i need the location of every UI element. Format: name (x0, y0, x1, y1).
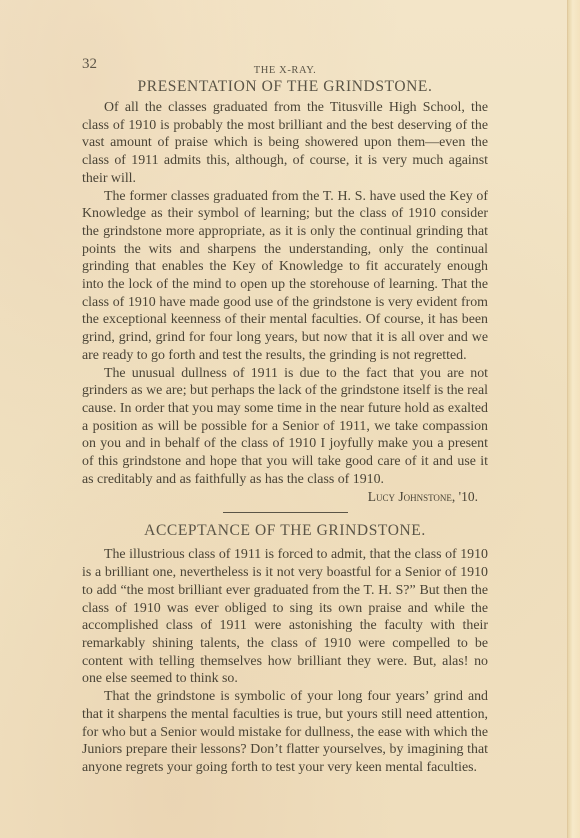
paragraph: The illustrious class of 1911 is forced … (82, 546, 488, 688)
text-column: 32 THE X-RAY. PRESENTATION OF THE GRINDS… (82, 56, 488, 777)
paragraph: The former classes graduated from the T.… (82, 188, 488, 365)
article-presentation: PRESENTATION OF THE GRINDSTONE. Of all t… (82, 78, 488, 506)
page-number: 32 (82, 56, 97, 73)
paragraph: Of all the classes graduated from the Ti… (82, 99, 488, 188)
paragraph: That the grindstone is symbolic of your … (82, 688, 488, 777)
article-acceptance: ACCEPTANCE OF THE GRINDSTONE. The illust… (82, 522, 488, 776)
article-title: PRESENTATION OF THE GRINDSTONE. (82, 78, 488, 96)
paragraph: The unusual dullness of 1911 is due to t… (82, 365, 488, 489)
running-head: THE X-RAY. (82, 65, 488, 76)
article-title: ACCEPTANCE OF THE GRINDSTONE. (82, 522, 488, 540)
scanned-page: 32 THE X-RAY. PRESENTATION OF THE GRINDS… (0, 0, 580, 838)
section-divider (223, 512, 348, 513)
author-signature: Lucy Johnstone, '10. (82, 488, 488, 506)
page-binding-edge (567, 0, 580, 838)
